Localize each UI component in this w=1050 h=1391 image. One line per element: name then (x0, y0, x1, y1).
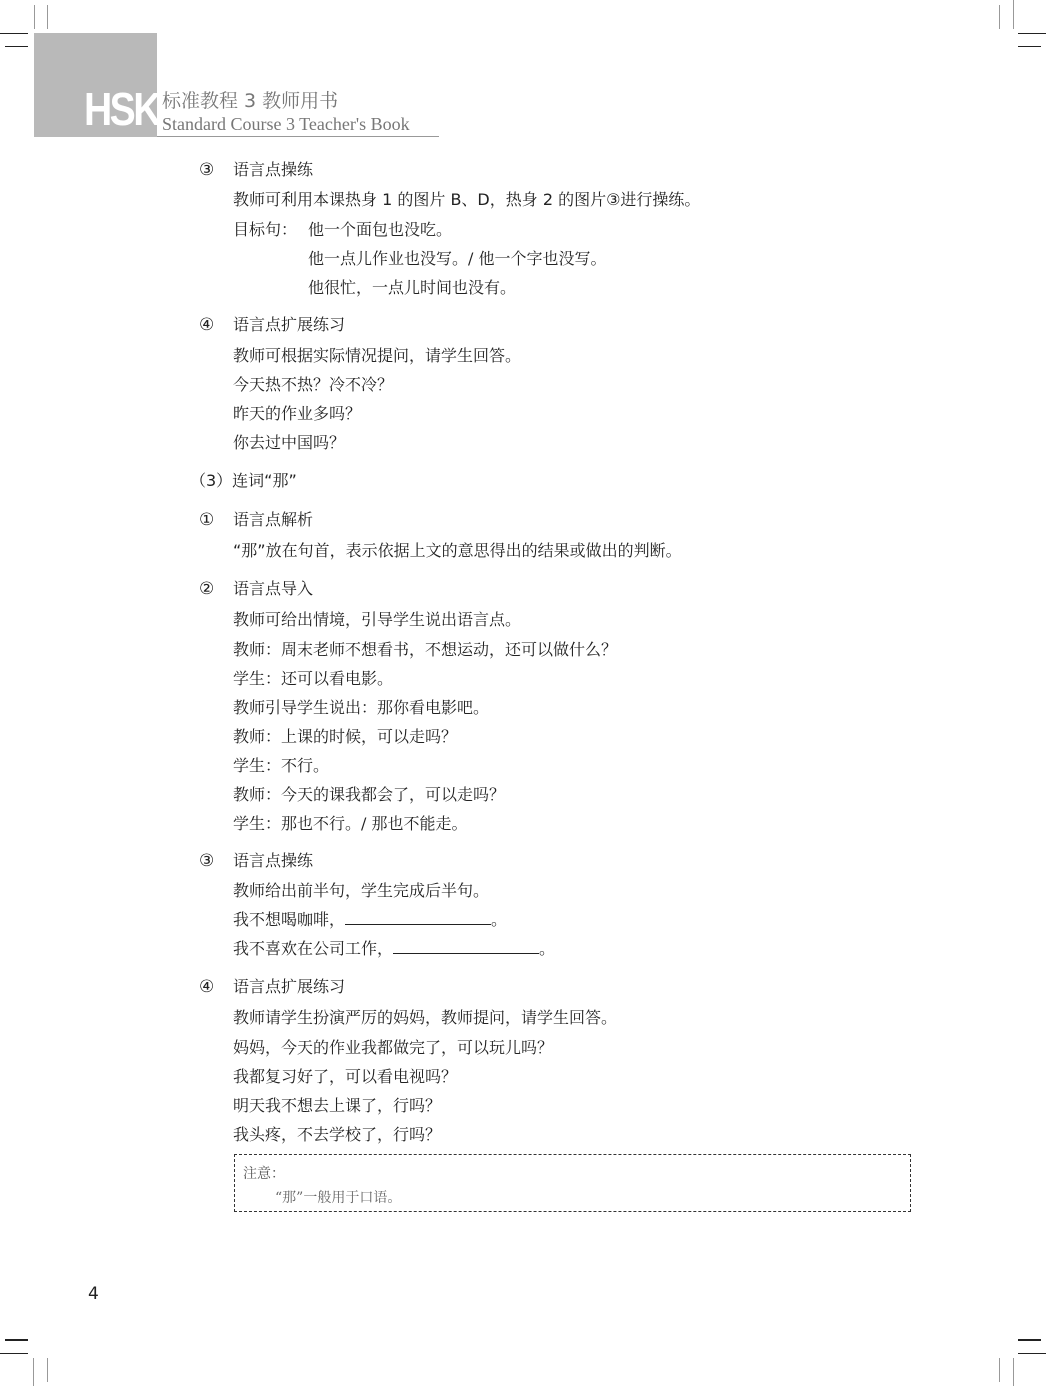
question-item: 今天热不热？冷不冷？ (233, 375, 393, 395)
hsk-logo: HSK (84, 84, 159, 134)
instruction-text: 教师给出前半句，学生完成后半句。 (233, 881, 489, 901)
end-mark: 。 (491, 910, 507, 929)
instruction-text: 教师可利用本课热身 1 的图片 B、D，热身 2 的图片③进行操练。 (233, 190, 700, 210)
section-heading: 语言点操练 (233, 851, 313, 871)
instruction-text: 教师可根据实际情况提问，请学生回答。 (233, 346, 521, 366)
section-number: ④ (199, 315, 214, 335)
end-mark: 。 (539, 939, 555, 958)
crop-mark (47, 5, 48, 29)
crop-mark (5, 46, 28, 47)
section-heading: 语言点解析 (233, 510, 313, 530)
fill-in-sentence: 我不喜欢在公司工作，。 (233, 939, 555, 959)
question-item: 昨天的作业多吗？ (233, 404, 361, 424)
section-heading: 语言点扩展练习 (233, 977, 345, 997)
target-sentence: 他一点儿作业也没写。/ 他一个字也没写。 (308, 249, 606, 269)
section-number: ② (199, 579, 214, 599)
fill-prompt: 我不喜欢在公司工作， (233, 939, 393, 958)
crop-mark (1018, 1339, 1041, 1341)
fill-prompt: 我不想喝咖啡， (233, 910, 345, 929)
crop-mark (33, 1358, 34, 1386)
dialogue-line: 教师：今天的课我都会了，可以走吗？ (233, 785, 505, 805)
target-sentence: 他一个面包也没吃。 (308, 220, 452, 240)
dialogue-line: 学生：那也不行。/ 那也不能走。 (233, 814, 467, 834)
fill-blank (345, 910, 491, 925)
section-number: ③ (199, 851, 214, 871)
crop-mark (1018, 33, 1046, 34)
dialogue-line: 学生：还可以看电影。 (233, 669, 393, 689)
instruction-text: 教师请学生扮演严厉的妈妈，教师提问，请学生回答。 (233, 1008, 617, 1028)
note-box: 注意： “那”一般用于口语。 (234, 1154, 911, 1212)
section-number: ③ (199, 160, 214, 180)
part-heading: （3）连词“那” (190, 471, 297, 491)
page-number: 4 (88, 1284, 99, 1304)
note-body: “那”一般用于口语。 (275, 1187, 401, 1207)
dialogue-line: 教师：周末老师不想看书，不想运动，还可以做什么？ (233, 640, 617, 660)
crop-mark (0, 1353, 28, 1354)
dialogue-line: 教师引导学生说出：那你看电影吧。 (233, 698, 489, 718)
target-sentence: 他很忙，一点儿时间也没有。 (308, 278, 516, 298)
crop-mark (999, 1358, 1000, 1382)
crop-mark (5, 1339, 28, 1341)
crop-mark (999, 5, 1000, 29)
dialogue-line: 学生：不行。 (233, 756, 329, 776)
crop-mark (1013, 0, 1014, 29)
section-heading: 语言点导入 (233, 579, 313, 599)
crop-mark (1018, 46, 1041, 47)
question-item: 明天我不想去上课了，行吗？ (233, 1096, 441, 1116)
crop-mark (47, 1358, 48, 1382)
fill-in-sentence: 我不想喝咖啡，。 (233, 910, 507, 930)
section-heading: 语言点扩展练习 (233, 315, 345, 335)
section-number: ① (199, 510, 214, 530)
instruction-text: 教师可给出情境，引导学生说出语言点。 (233, 610, 521, 630)
question-item: 我都复习好了，可以看电视吗？ (233, 1067, 457, 1087)
question-item: 你去过中国吗？ (233, 433, 345, 453)
crop-mark (1013, 1358, 1014, 1386)
crop-mark (0, 33, 28, 34)
dialogue-line: 教师：上课的时候，可以走吗？ (233, 727, 457, 747)
header-rule (157, 136, 439, 137)
fill-blank (393, 939, 539, 954)
section-number: ④ (199, 977, 214, 997)
analysis-text: “那”放在句首，表示依据上文的意思得出的结果或做出的判断。 (233, 541, 682, 561)
question-item: 妈妈，今天的作业我都做完了，可以玩儿吗？ (233, 1038, 553, 1058)
target-label: 目标句： (233, 220, 297, 240)
section-heading: 语言点操练 (233, 160, 313, 180)
note-title: 注意： (243, 1163, 285, 1183)
book-title-cn: 标准教程 3 教师用书 (162, 86, 338, 113)
crop-mark (1018, 1353, 1046, 1354)
book-title-en: Standard Course 3 Teacher's Book (162, 114, 410, 135)
question-item: 我头疼，不去学校了，行吗？ (233, 1125, 441, 1145)
crop-mark (34, 5, 35, 29)
